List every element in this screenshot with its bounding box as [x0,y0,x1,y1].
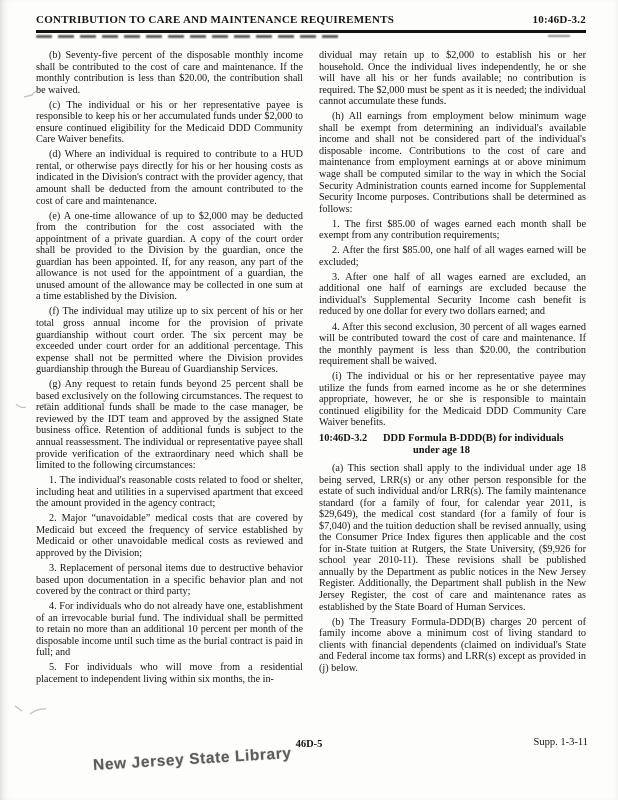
header-rule [36,30,586,33]
wages-item-2: 2. After the first $85.00, one half of a… [319,245,586,268]
paragraph-b: (b) Seventy-five percent of the disposab… [36,50,303,96]
section-heading-line2: under age 18 [413,445,586,458]
list-item-4: 4. For individuals who do not already ha… [36,601,303,659]
wages-item-3: 3. After one half of all wages earned ar… [319,272,586,318]
paragraph-h: (h) All earnings from employment below m… [319,111,586,215]
right-column: dividual may retain up to $2,000 to esta… [319,50,586,689]
running-head-section-ref: 10:46D-3.2 [532,14,586,26]
section-heading-line1: DDD Formula B-DDD(B) for individuals [383,433,564,444]
paragraph-e: (e) A one-time allowance of up to $2,000… [36,211,303,303]
section-heading: 10:46D-3.2 DDD Formula B-DDD(B) for indi… [319,433,586,458]
scan-smudge-line [36,35,341,38]
supplement-note: Supp. 1-3-11 [534,737,588,748]
running-head-title: CONTRIBUTION TO CARE AND MAINTENANCE REQ… [36,14,394,26]
paragraph-a-3-2: (a) This section shall apply to the indi… [319,463,586,613]
wages-item-1: 1. The first $85.00 of wages earned each… [319,219,586,242]
list-item-3: 3. Replacement of personal items due to … [36,563,303,598]
text-columns: (b) Seventy-five percent of the disposab… [36,50,586,689]
pencil-mark [14,398,54,414]
list-item-1: 1. The individual's reasonable costs rel… [36,475,303,510]
page-number: 46D-5 [0,739,618,750]
paragraph-c: (c) The individual or his or her represe… [36,100,303,146]
scan-smudge-mark [548,35,570,37]
paragraph-b-3-2: (b) The Treasury Formula-DDD(B) charges … [319,617,586,675]
paragraph-i: (i) The individual or his or her represe… [319,371,586,429]
list-item-5: 5. For individuals who will move from a … [36,662,303,685]
paragraph-f: (f) The individual may utilize up to six… [36,306,303,375]
pencil-mark [20,86,46,100]
section-heading-number: 10:46D-3.2 [319,433,383,458]
left-column: (b) Seventy-five percent of the disposab… [36,50,303,689]
pencil-mark [12,702,52,718]
wages-item-4: 4. After this second exclusion, 30 perce… [319,322,586,368]
document-page: CONTRIBUTION TO CARE AND MAINTENANCE REQ… [0,0,618,800]
list-item-2: 2. Major “unavoidable” medical costs tha… [36,513,303,559]
paragraph-d: (d) Where an individual is required to c… [36,149,303,207]
section-heading-title: DDD Formula B-DDD(B) for individuals und… [383,433,586,458]
page-header: CONTRIBUTION TO CARE AND MAINTENANCE REQ… [36,14,586,26]
list-item-5-continuation: dividual may retain up to $2,000 to esta… [319,50,586,108]
paragraph-g: (g) Any request to retain funds beyond 2… [36,379,303,471]
